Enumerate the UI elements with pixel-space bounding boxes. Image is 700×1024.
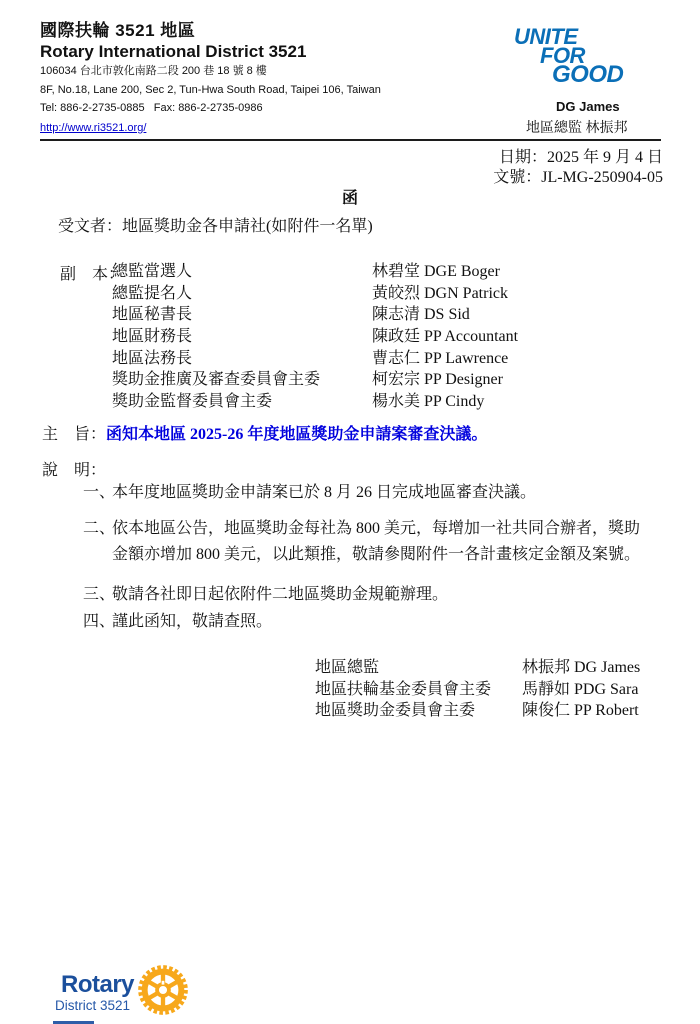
explanation-item-1: 一、 本年度地區獎助金申請案已於 8 月 26 日完成地區審查決議。	[83, 480, 668, 506]
date-line: 日期：2025 年 9 月 4 日	[493, 148, 663, 168]
org-header: 國際扶輪 3521 地區 Rotary International Distri…	[40, 20, 381, 137]
cc-title: 地區財務長	[112, 326, 372, 348]
item-text: 敬請各社即日起依附件二地區獎助金規範辦理。	[112, 582, 668, 608]
subject-label: 主 旨：	[42, 426, 106, 443]
cc-row: 地區財務長 陳政廷 PP Accountant	[112, 326, 518, 348]
rotary-wheel-icon	[136, 963, 190, 1017]
item-text: 本年度地區獎助金申請案已於 8 月 26 日完成地區審查決議。	[112, 480, 668, 506]
cc-name: 黃皎烈 DGN Patrick	[372, 283, 508, 305]
explanation-label: 說 明：	[42, 457, 106, 480]
signature-row: 地區總監 林振邦 DG James	[315, 657, 640, 679]
subject-text: 函知本地區 2025-26 年度地區獎助金申請案審查決議。	[106, 426, 487, 443]
cc-row: 地區秘書長 陳志清 DS Sid	[112, 304, 518, 326]
signature-title: 地區總監	[315, 657, 522, 679]
item-number: 四、	[83, 609, 112, 635]
meta-block: 日期：2025 年 9 月 4 日 文號：JL-MG-250904-05	[493, 148, 663, 188]
item-number: 一、	[83, 480, 112, 506]
item-number: 二、	[83, 516, 112, 568]
cc-title: 獎助金監督委員會主委	[112, 391, 372, 413]
signature-title: 地區扶輪基金委員會主委	[315, 679, 522, 701]
doc-type-title: 函	[40, 185, 660, 208]
signature-name: 陳俊仁 PP Robert	[522, 700, 639, 722]
org-address-zh: 106034 台北市敦化南路二段 200 巷 18 號 8 樓	[40, 62, 381, 81]
org-website-link[interactable]: http://www.ri3521.org/	[40, 119, 146, 138]
recipient-line: 受文者：地區獎助金各申請社(如附件一名單)	[58, 213, 373, 236]
cc-name: 曹志仁 PP Lawrence	[372, 348, 508, 370]
letter-page: 國際扶輪 3521 地區 Rotary International Distri…	[0, 0, 700, 1024]
org-tel-fax: Tel: 886-2-2735-0885 Fax: 886-2-2735-098…	[40, 99, 381, 118]
cc-name: 楊水美 PP Cindy	[372, 391, 484, 413]
cc-row: 獎助金推廣及審查委員會主委 柯宏宗 PP Designer	[112, 369, 518, 391]
item-text: 謹此函知，敬請查照。	[112, 609, 668, 635]
cc-name: 陳志清 DS Sid	[372, 304, 470, 326]
header-divider	[40, 139, 661, 141]
cc-list: 總監當選人 林碧堂 DGE Boger 總監提名人 黃皎烈 DGN Patric…	[112, 261, 518, 413]
item-text: 依本地區公告，地區獎助金每社為 800 美元，每增加一社共同合辦者，獎助 金額亦…	[112, 516, 668, 568]
rotary-district-label: District 3521	[55, 998, 130, 1013]
governor-name-en: DG James	[556, 99, 620, 114]
cc-name: 柯宏宗 PP Designer	[372, 369, 503, 391]
subject-line: 主 旨：函知本地區 2025-26 年度地區獎助金申請案審查決議。	[42, 421, 487, 444]
cc-name: 陳政廷 PP Accountant	[372, 326, 518, 348]
cc-title: 總監當選人	[112, 261, 372, 283]
item-number: 三、	[83, 582, 112, 608]
signature-name: 馬靜如 PDG Sara	[522, 679, 638, 701]
signature-name: 林振邦 DG James	[522, 657, 640, 679]
cc-row: 總監提名人 黃皎烈 DGN Patrick	[112, 283, 518, 305]
cc-title: 總監提名人	[112, 283, 372, 305]
org-address-en: 8F, No.18, Lane 200, Sec 2, Tun-Hwa Sout…	[40, 81, 381, 100]
cc-row: 獎助金監督委員會主委 楊水美 PP Cindy	[112, 391, 518, 413]
cc-row: 地區法務長 曹志仁 PP Lawrence	[112, 348, 518, 370]
cc-name: 林碧堂 DGE Boger	[372, 261, 500, 283]
cc-row: 總監當選人 林碧堂 DGE Boger	[112, 261, 518, 283]
explanation-item-4: 四、 謹此函知，敬請查照。	[83, 609, 668, 635]
signature-row: 地區扶輪基金委員會主委 馬靜如 PDG Sara	[315, 679, 640, 701]
cc-title: 地區秘書長	[112, 304, 372, 326]
governor-name-zh: 地區總監 林振邦	[526, 117, 628, 137]
explanation-item-2: 二、 依本地區公告，地區獎助金每社為 800 美元，每增加一社共同合辦者，獎助 …	[83, 516, 668, 568]
org-name-en: Rotary International District 3521	[40, 41, 381, 62]
signature-row: 地區獎助金委員會主委 陳俊仁 PP Robert	[315, 700, 640, 722]
signature-block: 地區總監 林振邦 DG James 地區扶輪基金委員會主委 馬靜如 PDG Sa…	[315, 657, 640, 722]
cc-title: 地區法務長	[112, 348, 372, 370]
org-name-zh: 國際扶輪 3521 地區	[40, 20, 381, 41]
explanation-item-3: 三、 敬請各社即日起依附件二地區獎助金規範辦理。	[83, 582, 668, 608]
rotary-wordmark: Rotary	[61, 971, 134, 999]
signature-title: 地區獎助金委員會主委	[315, 700, 522, 722]
unite-for-good-logo-line3: GOOD	[552, 61, 623, 89]
cc-title: 獎助金推廣及審查委員會主委	[112, 369, 372, 391]
